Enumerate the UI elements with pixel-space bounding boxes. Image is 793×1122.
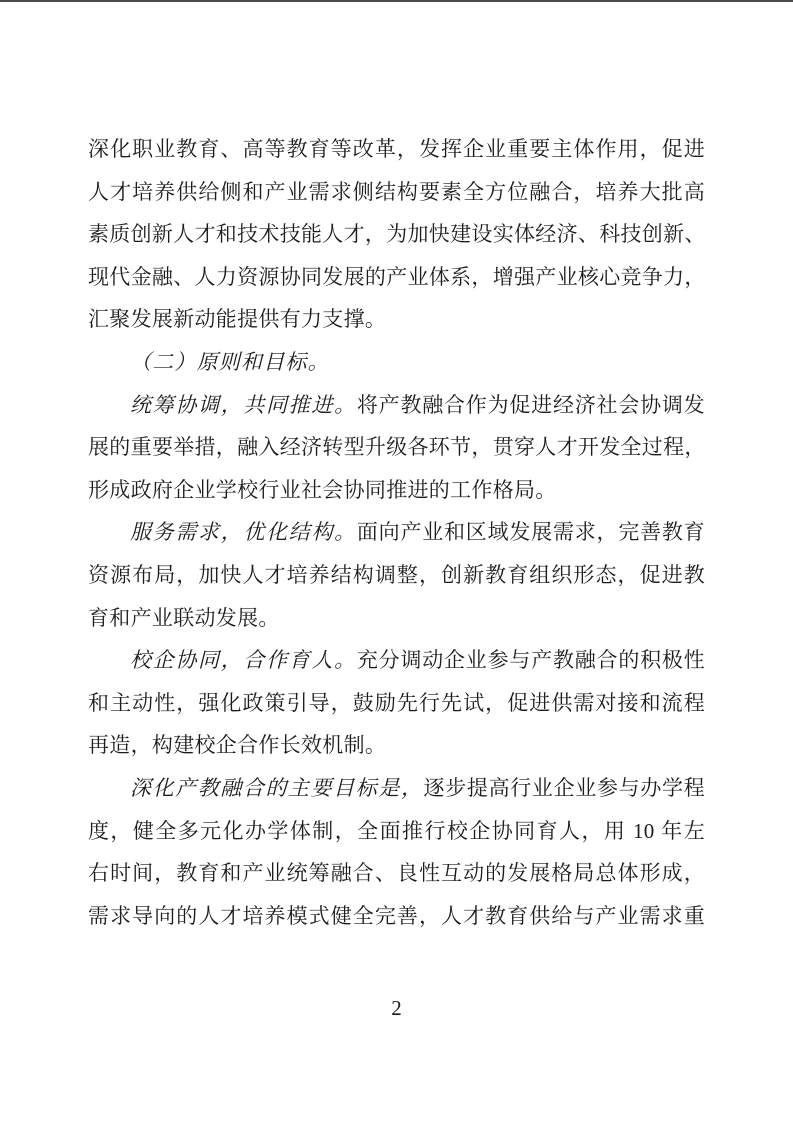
paragraph: 服务需求，优化结构。面向产业和区域发展需求，完善教育资源布局，加快人才培养结构调… (88, 511, 705, 639)
text-line: 形成政府企业学校行业社会协同推进的工作格局。 (88, 469, 705, 512)
text-line: 素质创新人才和技术技能人才，为加快建设实体经济、科技创新、 (88, 213, 705, 256)
document-body: 深化职业教育、高等教育等改革，发挥企业重要主体作用，促进人才培养供给侧和产业需求… (88, 128, 705, 937)
paragraph-lead: 服务需求，优化结构。 (130, 520, 357, 544)
paragraph: 深化职业教育、高等教育等改革，发挥企业重要主体作用，促进人才培养供给侧和产业需求… (88, 128, 705, 341)
text-line: 度，健全多元化办学体制，全面推行校企协同育人，用 10 年左 (88, 810, 705, 853)
paragraph-text: 面向产业和区域发展需求，完善教育 (357, 520, 705, 544)
paragraph: 统筹协调，共同推进。将产教融合作为促进经济社会协调发展的重要举措，融入经济转型升… (88, 384, 705, 512)
paragraph-text: 逐步提高行业企业参与办学程 (424, 776, 705, 800)
page-number: 2 (0, 996, 793, 1021)
text-line: 校企协同，合作育人。充分调动企业参与产教融合的积极性 (88, 639, 705, 682)
paragraph-text: 充分调动企业参与产教融合的积极性 (357, 648, 705, 672)
text-line: （二）原则和目标。 (88, 341, 705, 384)
text-line: 人才培养供给侧和产业需求侧结构要素全方位融合，培养大批高 (88, 171, 705, 214)
text-line: 需求导向的人才培养模式健全完善，人才教育供给与产业需求重 (88, 895, 705, 938)
text-line: 展的重要举措，融入经济转型升级各环节，贯穿人才开发全过程， (88, 426, 705, 469)
text-line: 汇聚发展新动能提供有力支撑。 (88, 298, 705, 341)
paragraph-lead: 统筹协调，共同推进。 (130, 393, 357, 417)
text-line: 资源布局，加快人才培养结构调整，创新教育组织形态，促进教 (88, 554, 705, 597)
paragraph-lead: 深化产教融合的主要目标是， (130, 776, 424, 800)
paragraph: 校企协同，合作育人。充分调动企业参与产教融合的积极性和主动性，强化政策引导，鼓励… (88, 639, 705, 767)
text-line: 再造，构建校企合作长效机制。 (88, 724, 705, 767)
paragraph-text: 将产教融合作为促进经济社会协调发 (357, 393, 705, 417)
page-top-edge (0, 0, 793, 2)
text-line: 深化职业教育、高等教育等改革，发挥企业重要主体作用，促进 (88, 128, 705, 171)
paragraph-lead: 校企协同，合作育人。 (130, 648, 357, 672)
text-line: 右时间，教育和产业统筹融合、良性互动的发展格局总体形成， (88, 852, 705, 895)
text-line: 和主动性，强化政策引导，鼓励先行先试，促进供需对接和流程 (88, 682, 705, 725)
text-line: 现代金融、人力资源协同发展的产业体系，增强产业核心竞争力， (88, 256, 705, 299)
text-line: 深化产教融合的主要目标是，逐步提高行业企业参与办学程 (88, 767, 705, 810)
text-line: 统筹协调，共同推进。将产教融合作为促进经济社会协调发 (88, 384, 705, 427)
section-heading: （二）原则和目标。 (88, 341, 705, 384)
paragraph: 深化产教融合的主要目标是，逐步提高行业企业参与办学程度，健全多元化办学体制，全面… (88, 767, 705, 937)
text-line: 服务需求，优化结构。面向产业和区域发展需求，完善教育 (88, 511, 705, 554)
text-line: 育和产业联动发展。 (88, 597, 705, 640)
